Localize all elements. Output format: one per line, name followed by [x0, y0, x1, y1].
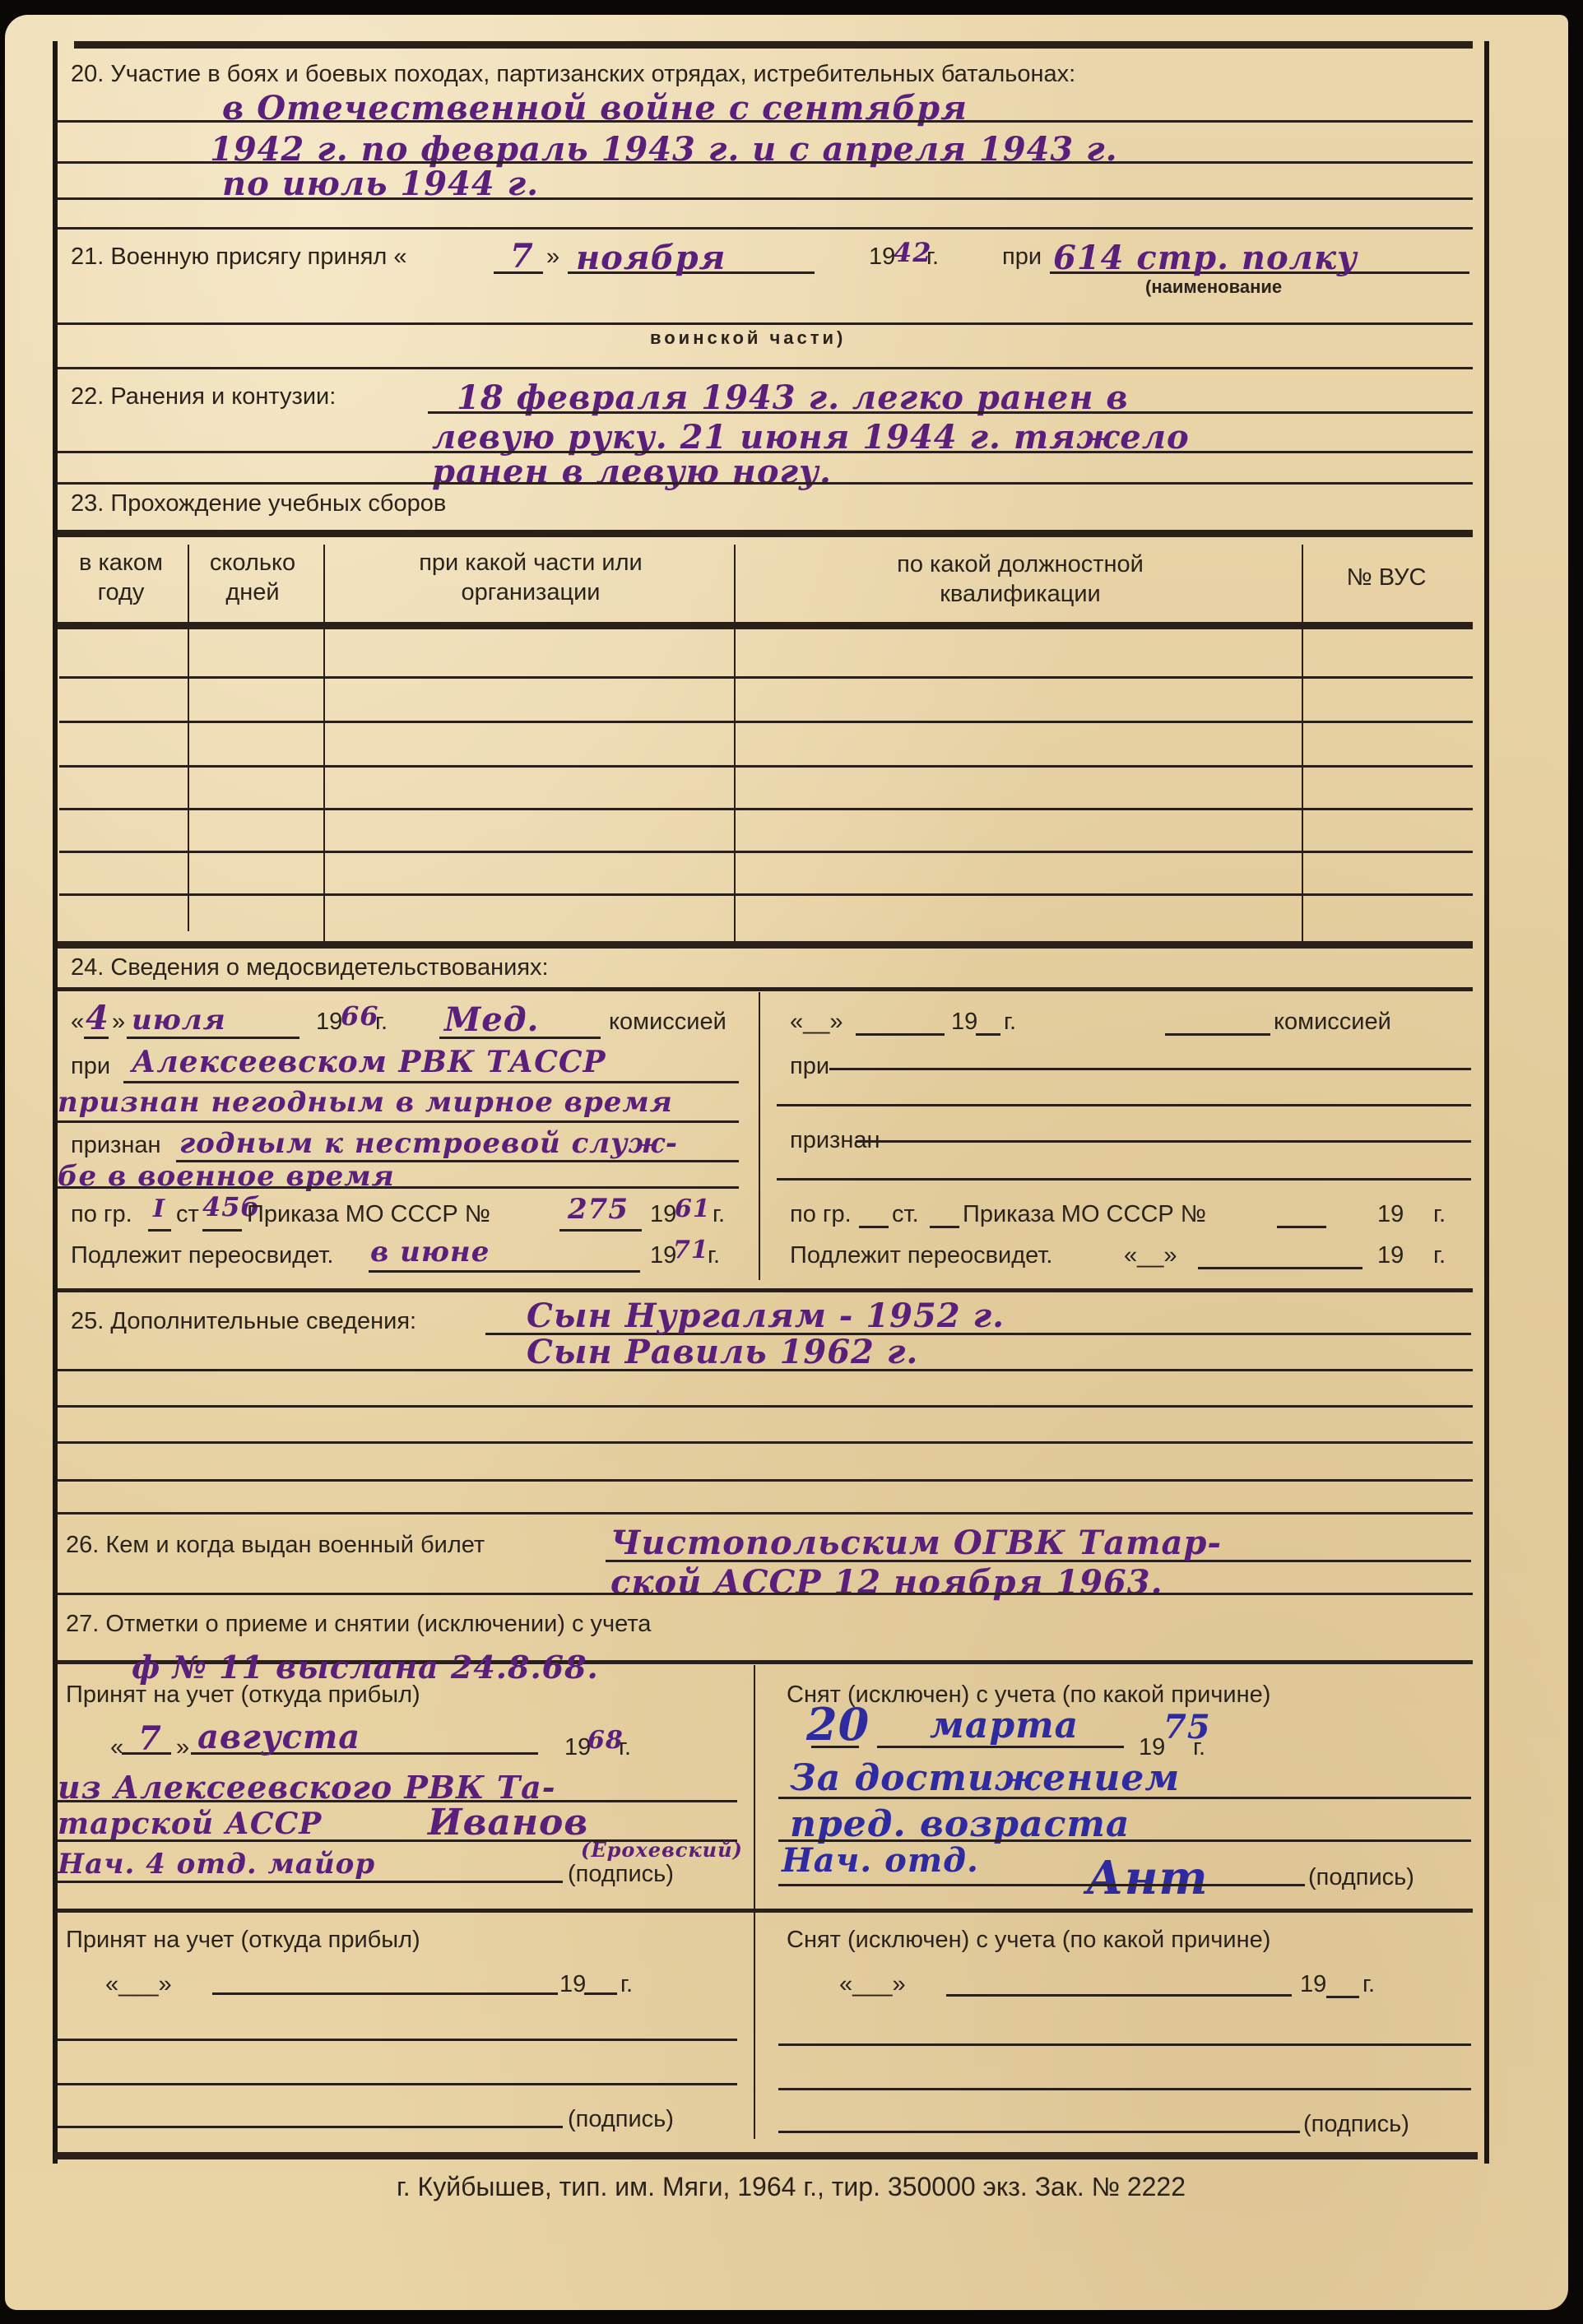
med-left-order-year-prefix: 19 [650, 1201, 676, 1228]
med-left-reexam-value[interactable]: в июне [370, 1236, 490, 1269]
accept-2-from-field-1[interactable] [58, 2039, 737, 2041]
med-right-year-prefix: 19 [951, 1009, 977, 1036]
section-22-line-3[interactable]: ранен в левую ногу. [432, 452, 832, 491]
section-25-label: 25. Дополнительные сведения: [71, 1308, 416, 1335]
top-rule [74, 41, 1473, 49]
med-right-reexam-label: Подлежит переосвидет. [790, 1242, 1052, 1269]
med-left-month-field[interactable] [127, 1037, 299, 1039]
accept-2-sign-caption: (подпись) [568, 2106, 674, 2133]
unit-caption-2: воинской части) [650, 327, 846, 349]
accept-2-sign-field[interactable] [58, 2126, 563, 2128]
med-right-pri-field-2[interactable] [777, 1104, 1471, 1106]
accept-1-day[interactable]: 7 [138, 1719, 162, 1758]
med-left-po-gr-label: по гр. [71, 1201, 132, 1228]
section-24-divider [759, 992, 760, 1280]
remove-1-officer[interactable]: Нач. отд. [782, 1841, 979, 1880]
med-left-gr-value[interactable]: I [153, 1194, 165, 1223]
accept-2-date[interactable]: «___» [105, 1971, 172, 1998]
med-left-pri-value[interactable]: Алексеевском РВК ТАССР [132, 1045, 606, 1079]
remove-1-day-field[interactable] [811, 1746, 859, 1748]
remove-2-month-field[interactable] [946, 1994, 1292, 1997]
med-right-year-g: г. [1004, 1009, 1016, 1036]
med-left-close-quote: » [112, 1009, 125, 1036]
col-header-vus: № ВУС [1308, 563, 1465, 592]
remove-1-day[interactable]: 20 [806, 1698, 870, 1751]
remove-1-sign-field[interactable] [778, 1884, 1305, 1886]
unit-caption-1: (наименование [1145, 276, 1282, 298]
med-right-po-gr-label: по гр. [790, 1201, 852, 1228]
oath-unit[interactable]: 614 стр. полку [1053, 239, 1358, 277]
remove-2-reason-field-2[interactable] [778, 2088, 1471, 2090]
med-right-priznan-field[interactable] [856, 1140, 1471, 1143]
med-right-priznan-field-2[interactable] [777, 1178, 1471, 1181]
remove-2-reason-field-1[interactable] [778, 2043, 1471, 2046]
med-left-order-label: Приказа МО СССР № [247, 1201, 490, 1228]
med-left-st-label: ст [176, 1201, 199, 1228]
accept-1-from-line-2[interactable]: тарской АССР [58, 1807, 322, 1841]
col-header-year: в каком году [59, 548, 183, 607]
footer-imprint: г. Куйбышев, тип. им. Мяги, 1964 г., тир… [397, 2172, 1186, 2202]
accept-1-sign-caption: (подпись) [568, 1861, 674, 1888]
med-left-order-year-suffix[interactable]: 61 [675, 1194, 711, 1223]
accept-2-year-field[interactable] [584, 1992, 617, 1995]
med-right-order-g: г. [1433, 1201, 1446, 1228]
med-right-order-no-field[interactable] [1277, 1226, 1326, 1228]
med-left-order-no-field[interactable] [559, 1229, 642, 1232]
section-25-line-1[interactable]: Сын Нургалям - 1952 г. [527, 1297, 1005, 1335]
table-row-line [59, 676, 1473, 679]
table-row-line [59, 765, 1473, 768]
med-left-reexam-year-suffix[interactable]: 71 [673, 1236, 709, 1264]
section-26-line-1[interactable]: Чистопольским ОГВК Татар- [610, 1524, 1222, 1562]
section-27-mid-rule [58, 1909, 1473, 1913]
oath-month[interactable]: ноября [576, 239, 726, 277]
med-right-date[interactable]: «__» [790, 1009, 843, 1036]
remove-2-title: Снят (исключен) с учета (по какой причин… [787, 1927, 1270, 1954]
med-left-order-no[interactable]: 275 [568, 1193, 629, 1226]
section-26-line-2[interactable]: ской АССР 12 ноября 1963. [610, 1563, 1163, 1602]
section-21-top-rule [58, 227, 1473, 230]
section-26-label: 26. Кем и когда выдан военный билет [66, 1532, 485, 1559]
remove-1-sign-caption: (подпись) [1308, 1864, 1414, 1891]
med-left-priznan-value[interactable]: годным к нестроевой служ- [179, 1127, 678, 1160]
col-header-days: сколько дней [191, 548, 314, 607]
accept-2-year-g: г. [620, 1971, 633, 1998]
remove-1-month[interactable]: марта [930, 1705, 1079, 1746]
med-right-gr-field[interactable] [859, 1226, 889, 1228]
remove-2-year-prefix: 19 [1300, 1971, 1326, 1998]
accept-1-signature-name: (Ерохевский) [581, 1838, 743, 1862]
col-header-qualification: по какой должностной квалификации [823, 550, 1218, 609]
accept-1-sign-field[interactable] [58, 1881, 563, 1883]
oath-year-g: г. [926, 244, 939, 271]
section-20-rule-2 [58, 161, 1473, 164]
table-header-rule [58, 622, 1473, 629]
section-25-line-2[interactable]: Сын Равиль 1962 г. [527, 1333, 918, 1371]
accept-1-month[interactable]: августа [197, 1718, 360, 1756]
med-left-note-field[interactable] [58, 1120, 739, 1123]
section-22-rule-3 [58, 482, 1473, 485]
table-top-rule [58, 530, 1473, 537]
med-right-commission-field[interactable] [1165, 1033, 1270, 1036]
remove-2-sign-caption: (подпись) [1303, 2111, 1409, 2138]
accept-1-from-field-1[interactable] [58, 1800, 737, 1802]
accept-1-signature: Иванов [428, 1802, 588, 1844]
med-right-reexam-date[interactable]: «__» [1124, 1242, 1177, 1269]
med-right-order-label: Приказа МО СССР № [963, 1201, 1206, 1228]
med-right-commission-label: комиссией [1274, 1009, 1391, 1036]
med-left-year-suffix[interactable]: 66 [341, 1000, 379, 1032]
section-25-rule-5 [58, 1479, 1473, 1482]
med-left-year-prefix: 19 [316, 1009, 342, 1036]
table-col-divider-2 [323, 545, 325, 944]
med-left-day[interactable]: 4 [86, 999, 109, 1037]
accept-1-close-quote: » [176, 1734, 189, 1761]
med-left-priznan-label: признан [71, 1132, 161, 1159]
med-left-priznan-field-2[interactable] [58, 1186, 739, 1189]
section-24-rule [58, 987, 1473, 991]
med-right-year-field[interactable] [976, 1033, 1000, 1036]
table-col-divider-3 [734, 545, 736, 944]
col-header-unit: при какой части или организации [354, 548, 708, 607]
bottom-rule [54, 2152, 1478, 2159]
accept-1-year-g: г. [619, 1734, 631, 1761]
med-left-reexam-g: г. [708, 1242, 720, 1269]
med-left-commission-label: комиссией [609, 1009, 727, 1036]
oath-day[interactable]: 7 [510, 237, 534, 276]
remove-2-sign-field[interactable] [778, 2131, 1300, 2133]
med-left-pri-field[interactable] [123, 1081, 739, 1083]
table-row-line [59, 893, 1473, 896]
section-26-rule-2 [58, 1593, 1473, 1595]
remove-2-year-field[interactable] [1326, 1996, 1359, 1998]
med-right-pri-field[interactable] [829, 1068, 1471, 1070]
remove-1-reason-1[interactable]: За достижением [790, 1757, 1180, 1799]
section-27-divider [754, 1665, 755, 2139]
med-right-reexam-g: г. [1433, 1242, 1446, 1269]
section-22-top-rule [58, 367, 1473, 369]
med-left-open-quote: « [71, 1009, 84, 1036]
med-left-note[interactable]: признан негодным в мирное время [58, 1086, 673, 1119]
table-row-line [59, 808, 1473, 810]
table-row-line [59, 721, 1473, 723]
med-right-st-label: ст. [892, 1201, 919, 1228]
quote-close: » [546, 244, 559, 271]
med-left-pri-label: при [71, 1053, 110, 1080]
table-bottom-rule [58, 941, 1473, 949]
section-25-rule-2 [58, 1369, 1473, 1371]
med-right-pri-label: при [790, 1053, 829, 1080]
med-right-month-field[interactable] [856, 1033, 945, 1036]
accept-1-officer[interactable]: Нач. 4 отд. майор [58, 1848, 375, 1881]
section-27-annotation: ф № 11 выслана 24.8.68. [132, 1649, 599, 1686]
section-24-label: 24. Сведения о медосвидетельствованиях: [71, 954, 549, 981]
accept-2-from-field-2[interactable] [58, 2083, 737, 2085]
med-left-year-g: г. [375, 1009, 388, 1036]
remove-2-date[interactable]: «___» [839, 1971, 906, 1998]
section-21-label: 21. Военную присягу принял « [71, 244, 407, 271]
section-25-rule-4 [58, 1441, 1473, 1444]
med-right-reexam-month-field[interactable] [1198, 1267, 1362, 1269]
section-26-top-rule [58, 1512, 1473, 1515]
section-20-rule-3 [58, 197, 1473, 200]
section-25-rule-3 [58, 1405, 1473, 1408]
section-23-label: 23. Прохождение учебных сборов [71, 490, 446, 517]
remove-1-signature: Ант [1086, 1851, 1209, 1905]
accept-1-title: Принят на учет (откуда прибыл) [66, 1682, 420, 1709]
accept-1-open-quote: « [110, 1734, 123, 1761]
med-left-commission[interactable]: Мед. [444, 1000, 539, 1039]
table-col-divider-1 [188, 545, 189, 931]
oath-pri-label: при [1002, 244, 1042, 271]
section-25-top-rule [58, 1288, 1473, 1292]
section-27-label: 27. Отметки о приеме и снятии (исключени… [66, 1611, 651, 1638]
med-right-st-field[interactable] [930, 1226, 959, 1228]
med-left-st-field[interactable] [202, 1229, 242, 1232]
section-22-label: 22. Ранения и контузии: [71, 383, 336, 411]
med-left-reexam-label: Подлежит переосвидет. [71, 1242, 333, 1269]
accept-2-year-prefix: 19 [559, 1971, 586, 1998]
remove-1-year-g: г. [1193, 1734, 1205, 1761]
section-20-rule-1 [58, 120, 1473, 123]
section-22-rule-1 [428, 411, 1473, 414]
remove-2-year-g: г. [1362, 1971, 1375, 1998]
oath-year-prefix: 19 [869, 244, 895, 271]
section-21-rule-2 [58, 322, 1473, 325]
accept-2-month-field[interactable] [212, 1992, 558, 1995]
med-right-order-year: 19 [1377, 1201, 1404, 1228]
med-left-order-g: г. [713, 1201, 725, 1228]
remove-1-reason-field-1[interactable] [778, 1797, 1471, 1799]
accept-2-title: Принят на учет (откуда прибыл) [66, 1927, 420, 1954]
table-col-divider-4 [1302, 545, 1303, 944]
med-right-reexam-year: 19 [1377, 1242, 1404, 1269]
section-20-label: 20. Участие в боях и боевых походах, пар… [71, 61, 1075, 88]
med-left-reexam-field[interactable] [369, 1270, 640, 1273]
table-row-line [59, 851, 1473, 853]
med-left-month[interactable]: июля [132, 1004, 226, 1037]
med-left-gr-field[interactable] [148, 1229, 171, 1232]
